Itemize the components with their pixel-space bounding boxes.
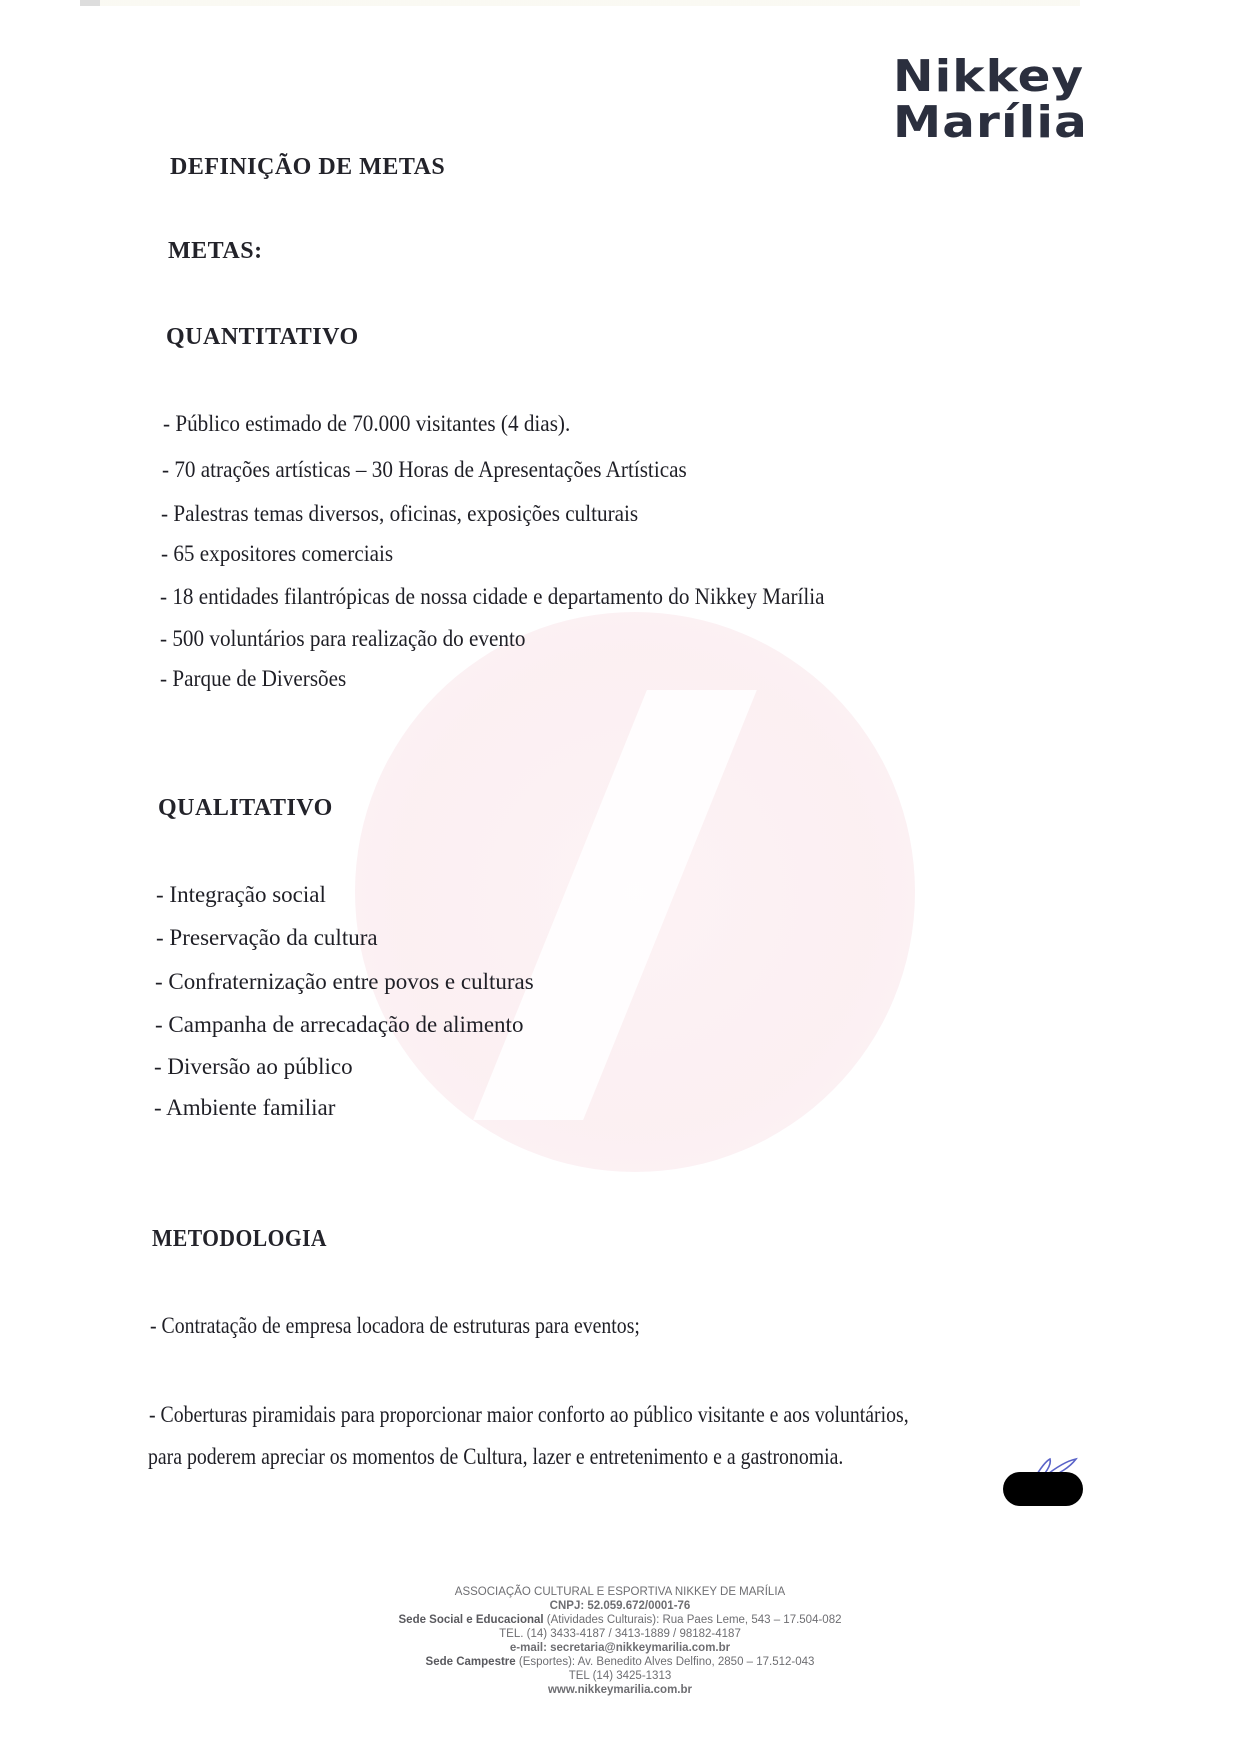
footer-cnpj: CNPJ: 52.059.672/0001-76 bbox=[0, 1599, 1240, 1613]
footer-sede-social-label: Sede Social e Educacional bbox=[399, 1614, 544, 1626]
list-item: - Público estimado de 70.000 visitantes … bbox=[163, 411, 570, 437]
footer-tel-1: TEL. (14) 3433-4187 / 3413-1889 / 98182-… bbox=[0, 1627, 1240, 1641]
list-item: - 18 entidades filantrópicas de nossa ci… bbox=[160, 584, 825, 610]
list-item: - Parque de Diversões bbox=[160, 666, 346, 692]
footer-org: ASSOCIAÇÃO CULTURAL E ESPORTIVA NIKKEY D… bbox=[0, 1585, 1240, 1599]
metas-heading: METAS: bbox=[168, 238, 263, 265]
list-item: - Palestras temas diversos, oficinas, ex… bbox=[161, 501, 638, 527]
list-item: - 65 expositores comerciais bbox=[161, 541, 393, 567]
footer-sede-campestre: Sede Campestre (Esportes): Av. Benedito … bbox=[0, 1655, 1240, 1669]
footer-sede-campestre-label: Sede Campestre bbox=[426, 1656, 516, 1668]
list-item: - Diversão ao público bbox=[154, 1054, 353, 1080]
list-item-continuation: para poderem apreciar os momentos de Cul… bbox=[148, 1444, 843, 1470]
footer-website[interactable]: www.nikkeymarilia.com.br bbox=[0, 1683, 1240, 1697]
list-item: - Confraternização entre povos e cultura… bbox=[155, 969, 534, 995]
quantitativo-heading: QUANTITATIVO bbox=[166, 324, 359, 351]
scan-edge-artifact bbox=[80, 0, 1080, 6]
list-item: - Preservação da cultura bbox=[156, 925, 378, 951]
nikkey-marilia-logo: Nikkey Marília bbox=[893, 54, 1088, 146]
metodologia-heading: METODOLOGIA bbox=[152, 1226, 327, 1253]
list-item: - Coberturas piramidais para proporciona… bbox=[149, 1402, 909, 1428]
list-item: - Campanha de arrecadação de alimento bbox=[155, 1012, 523, 1038]
footer-sede-campestre-detail: (Esportes): Av. Benedito Alves Delfino, … bbox=[516, 1656, 815, 1668]
footer-sede-social-detail: (Atividades Culturais): Rua Paes Leme, 5… bbox=[544, 1614, 842, 1626]
footer-tel-2: TEL (14) 3425-1313 bbox=[0, 1669, 1240, 1683]
list-item: - Ambiente familiar bbox=[154, 1095, 335, 1121]
qualitativo-heading: QUALITATIVO bbox=[158, 795, 333, 822]
logo-line-2: Marília bbox=[893, 100, 1088, 146]
document-title: DEFINIÇÃO DE METAS bbox=[170, 154, 445, 181]
logo-line-1: Nikkey bbox=[893, 54, 1088, 100]
footer: ASSOCIAÇÃO CULTURAL E ESPORTIVA NIKKEY D… bbox=[0, 1585, 1240, 1697]
list-item: - Contratação de empresa locadora de est… bbox=[150, 1313, 640, 1339]
footer-sede-social: Sede Social e Educacional (Atividades Cu… bbox=[0, 1613, 1240, 1627]
list-item: - 500 voluntários para realização do eve… bbox=[160, 626, 525, 652]
list-item: - Integração social bbox=[156, 882, 326, 908]
footer-email: e-mail: secretaria@nikkeymarilia.com.br bbox=[0, 1641, 1240, 1655]
list-item: - 70 atrações artísticas – 30 Horas de A… bbox=[162, 457, 687, 483]
redaction-box bbox=[1003, 1472, 1083, 1506]
